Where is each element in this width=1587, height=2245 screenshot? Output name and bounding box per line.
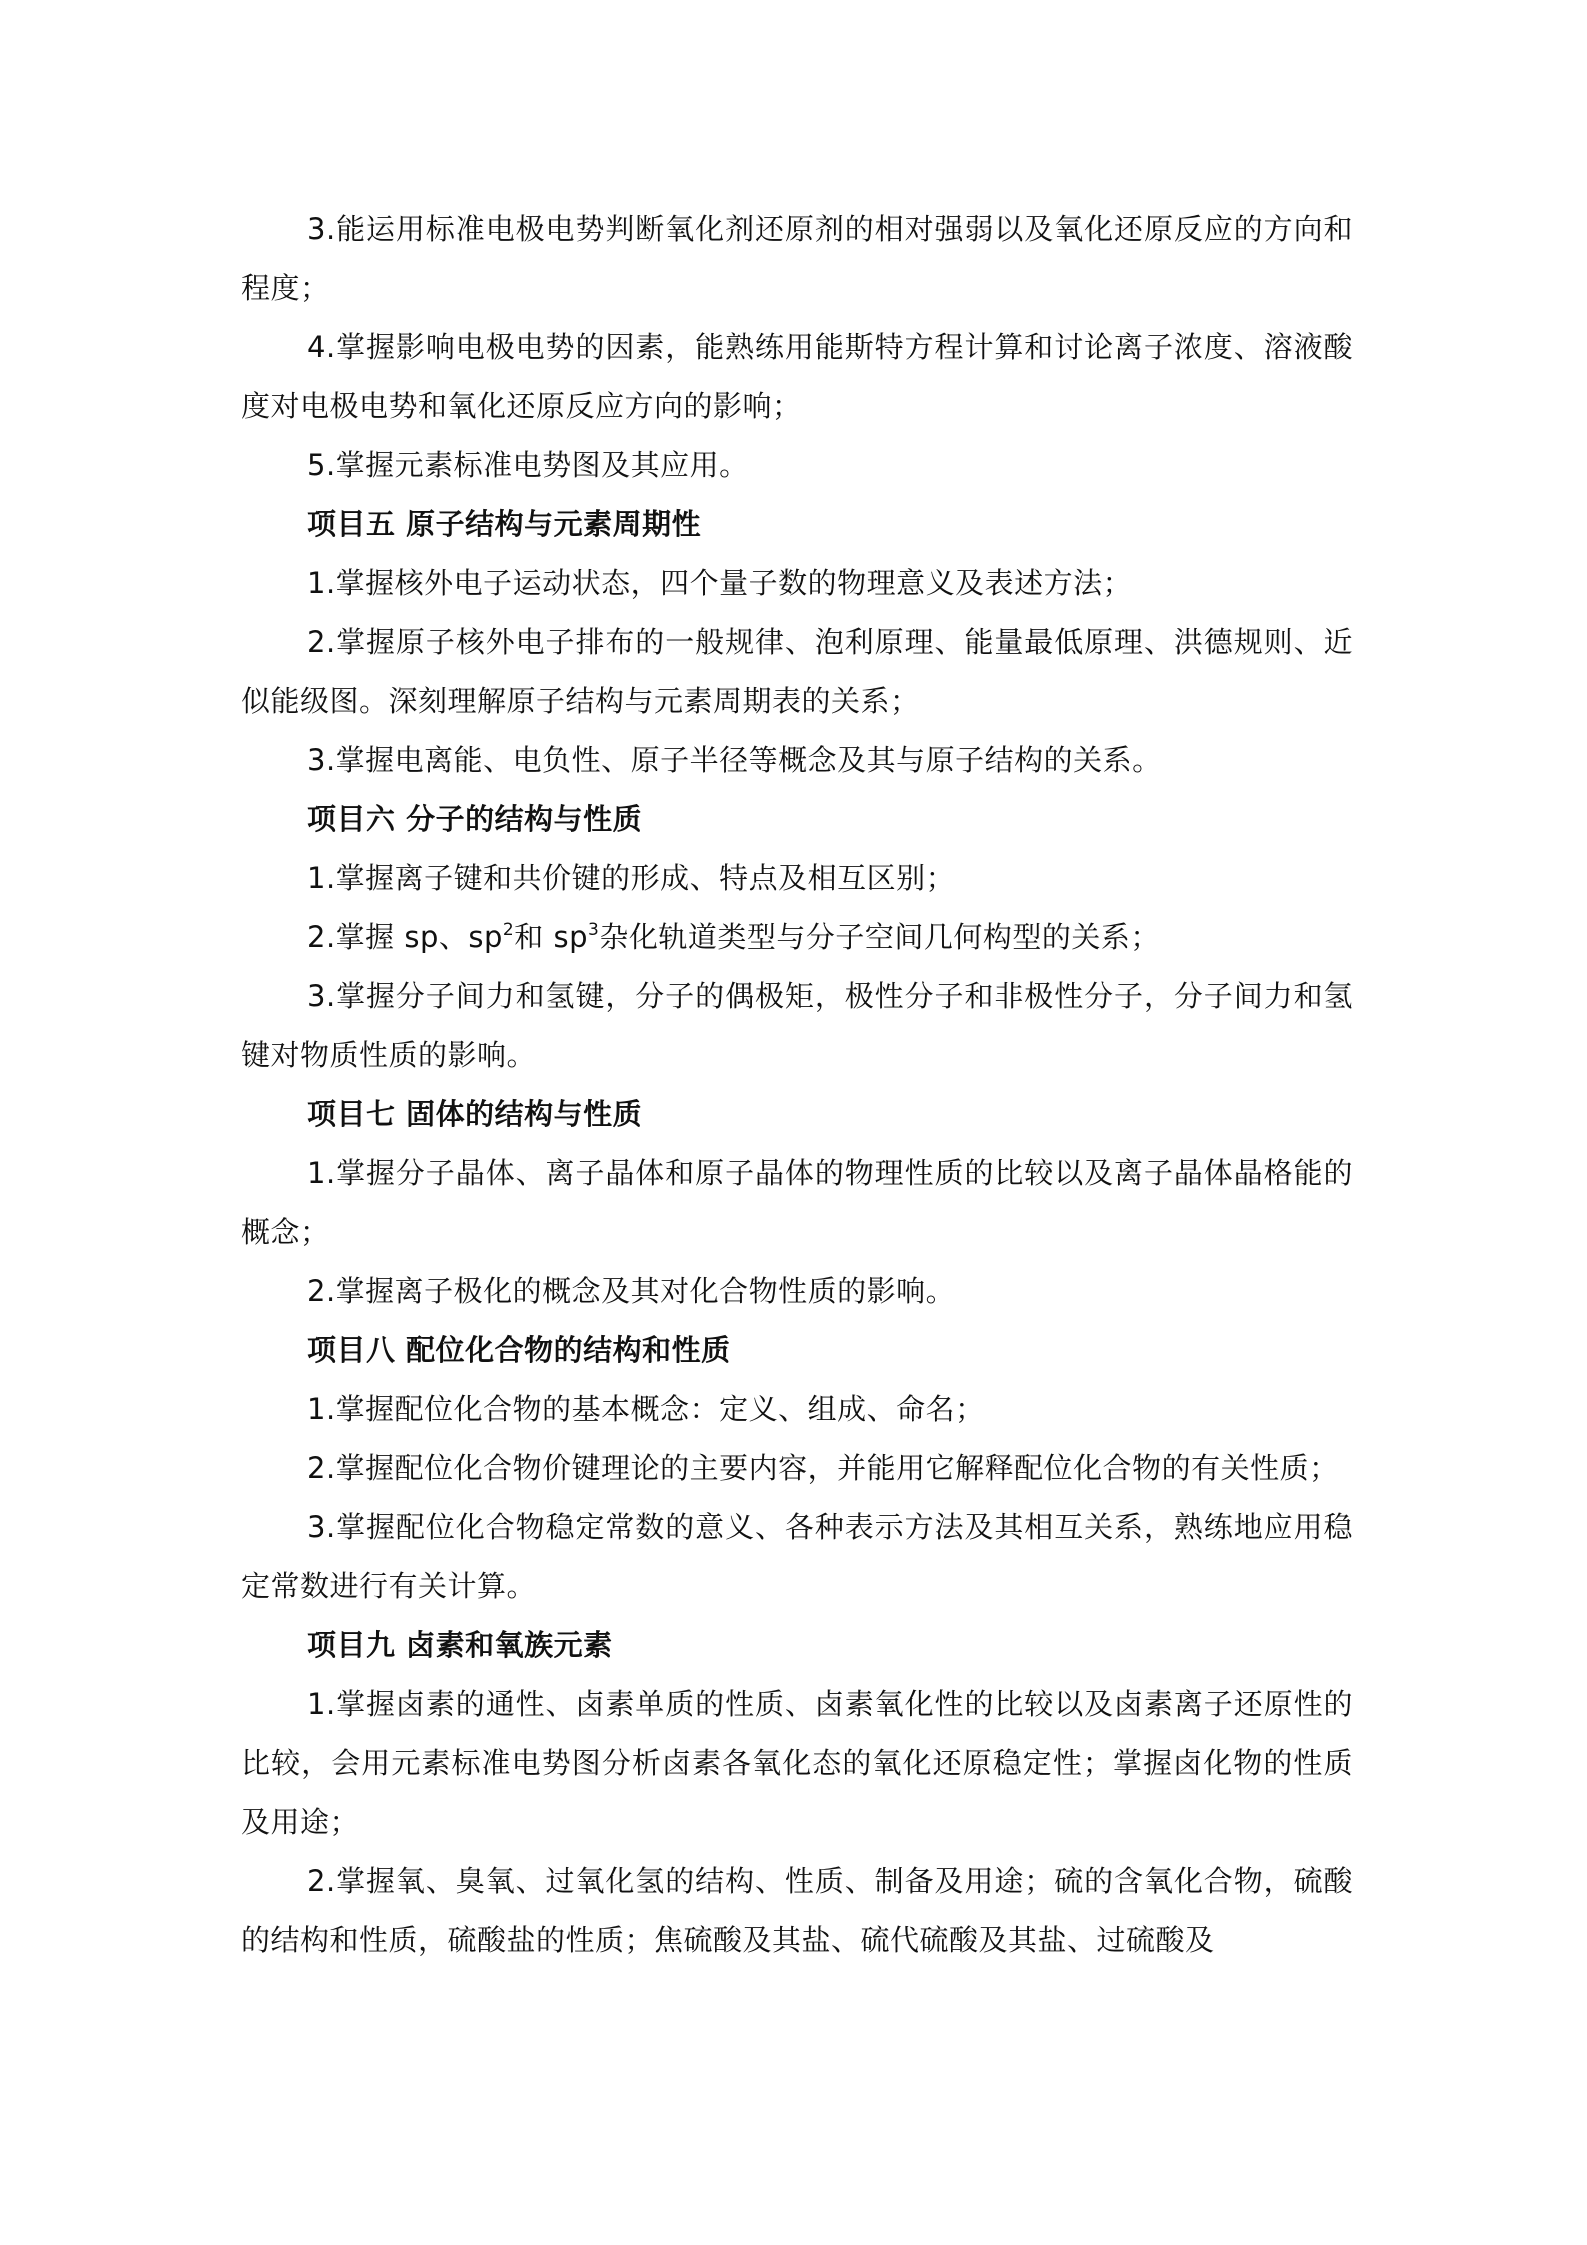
objective-item: 3.能运用标准电极电势判断氧化剂还原剂的相对强弱以及氧化还原反应的方向和程度； [241,200,1353,318]
section-heading-project-9: 项目九 卤素和氧族元素 [241,1616,1353,1675]
objective-item: 3.掌握配位化合物稳定常数的意义、各种表示方法及其相互关系，熟练地应用稳定常数进… [241,1498,1353,1616]
section-heading-project-8: 项目八 配位化合物的结构和性质 [241,1321,1353,1380]
objective-item: 3.掌握电离能、电负性、原子半径等概念及其与原子结构的关系。 [241,731,1353,790]
objective-item-hybridization: 2.掌握 sp、sp2和 sp3杂化轨道类型与分子空间几何构型的关系； [241,908,1353,967]
objective-item: 5.掌握元素标准电势图及其应用。 [241,436,1353,495]
text-fragment: 杂化轨道类型与分子空间几何构型的关系； [599,920,1160,954]
objective-item: 1.掌握分子晶体、离子晶体和原子晶体的物理性质的比较以及离子晶体晶格能的概念； [241,1144,1353,1262]
objective-item: 2.掌握原子核外电子排布的一般规律、泡利原理、能量最低原理、洪德规则、近似能级图… [241,613,1353,731]
objective-item: 1.掌握卤素的通性、卤素单质的性质、卤素氧化性的比较以及卤素离子还原性的比较，会… [241,1675,1353,1852]
text-fragment: 2.掌握 sp、sp [307,920,503,954]
objective-item: 2.掌握离子极化的概念及其对化合物性质的影响。 [241,1262,1353,1321]
superscript: 2 [503,920,514,940]
section-heading-project-6: 项目六 分子的结构与性质 [241,790,1353,849]
objective-item: 2.掌握氧、臭氧、过氧化氢的结构、性质、制备及用途；硫的含氧化合物，硫酸的结构和… [241,1852,1353,1970]
section-heading-project-7: 项目七 固体的结构与性质 [241,1085,1353,1144]
objective-item: 1.掌握配位化合物的基本概念：定义、组成、命名； [241,1380,1353,1439]
objective-item: 1.掌握核外电子运动状态，四个量子数的物理意义及表述方法； [241,554,1353,613]
objective-item: 2.掌握配位化合物价键理论的主要内容，并能用它解释配位化合物的有关性质； [241,1439,1353,1498]
objective-item: 4.掌握影响电极电势的因素，能熟练用能斯特方程计算和讨论离子浓度、溶液酸度对电极… [241,318,1353,436]
objective-item: 3.掌握分子间力和氢键，分子的偶极矩，极性分子和非极性分子，分子间力和氢键对物质… [241,967,1353,1085]
objective-item: 1.掌握离子键和共价键的形成、特点及相互区别； [241,849,1353,908]
text-fragment: 和 sp [514,920,588,954]
superscript: 3 [588,920,599,940]
section-heading-project-5: 项目五 原子结构与元素周期性 [241,495,1353,554]
document-page: 3.能运用标准电极电势判断氧化剂还原剂的相对强弱以及氧化还原反应的方向和程度； … [241,200,1353,1970]
